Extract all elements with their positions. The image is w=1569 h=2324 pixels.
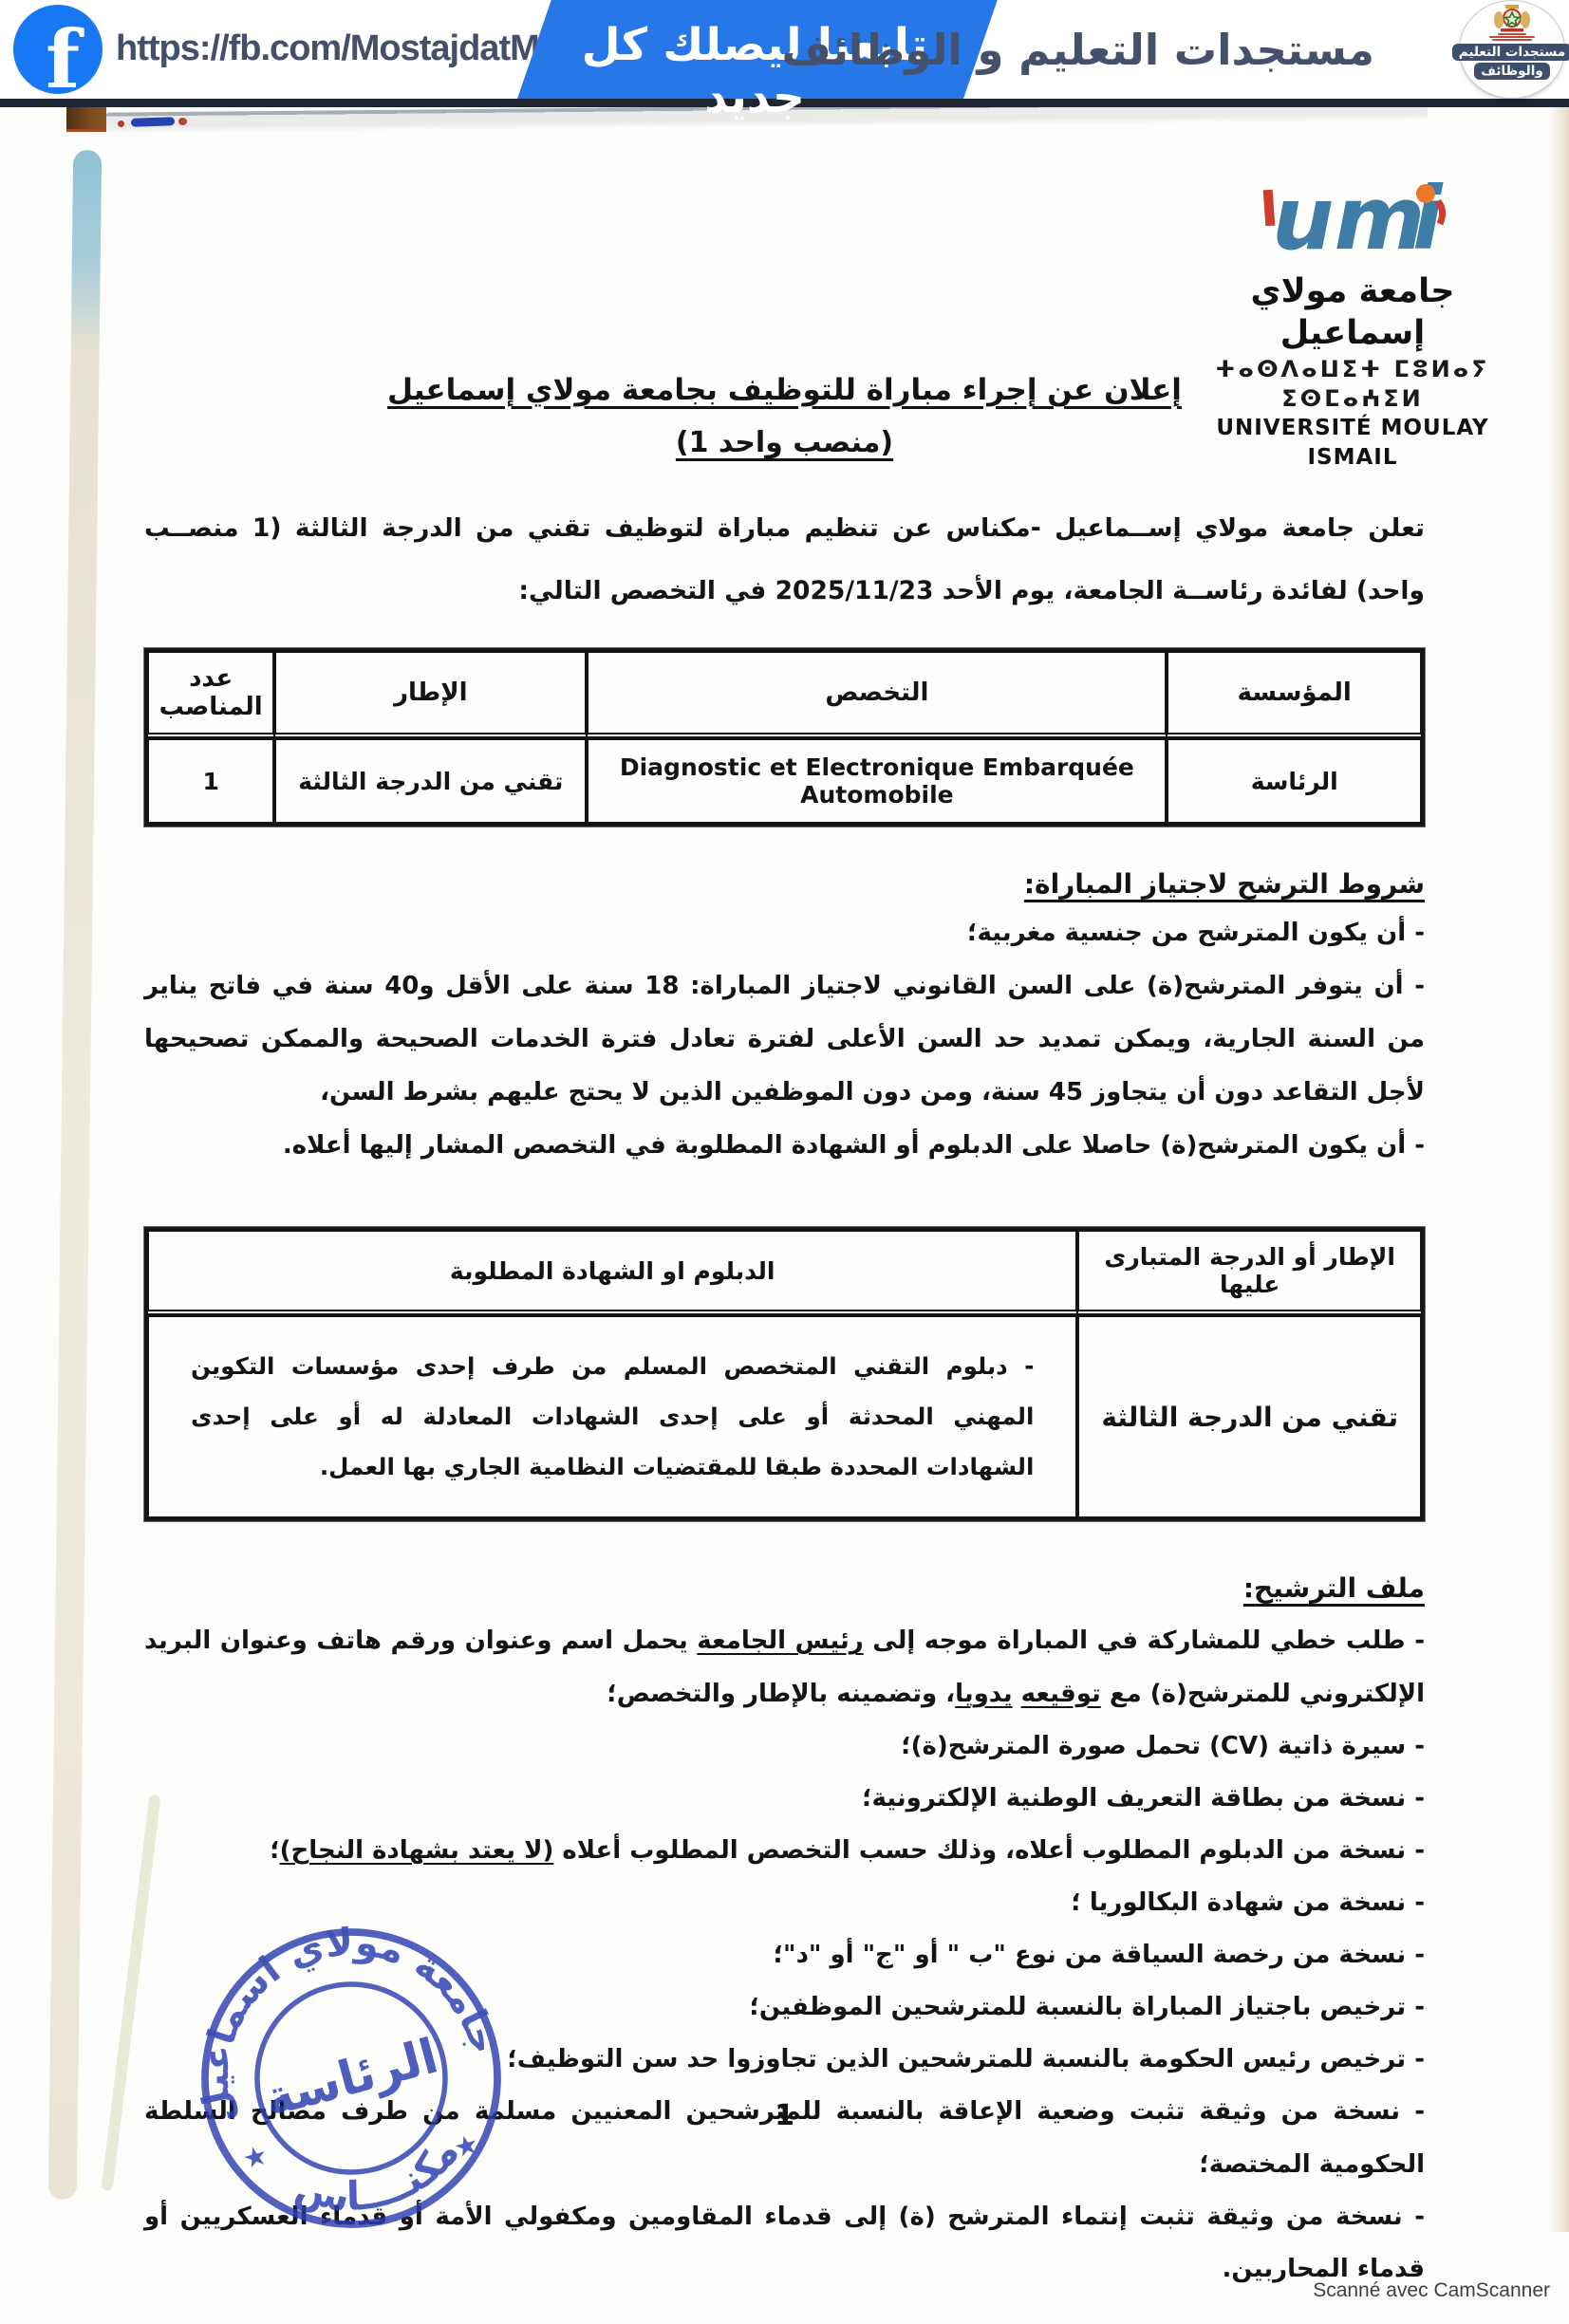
logo-micro-text (1485, 32, 1540, 42)
announcement-title: إعلان عن إجراء مباراة للتوظيف بجامعة مول… (144, 373, 1425, 459)
university-name-arabic: جامعة مولاي إسماعيل (1182, 271, 1523, 355)
diploma-table-row: تقني من الدرجة الثالثة - دبلوم التقني ال… (147, 1315, 1422, 1518)
positions-table: المؤسسة التخصص الإطار عدد المناصب الرئاس… (144, 648, 1425, 827)
conditions-heading: شروط الترشح لاجتياز المباراة: (1024, 868, 1425, 900)
stamp-center-text: الرئاسة (258, 2027, 443, 2128)
page-logo: مستجدات التعليم والوظائف (1460, 1, 1564, 98)
condition-item: - أن يكون المترشح من جنسية مغربية؛ (144, 907, 1425, 960)
file-item: - نسخة من الدبلوم المطلوب أعلاه، وذلك حس… (144, 1825, 1425, 1877)
condition-item: - أن يكون المترشح(ة) حاصلا على الدبلوم أ… (144, 1120, 1425, 1173)
header-grade-contested: الإطار أو الدرجة المتبارى عليها (1077, 1230, 1422, 1315)
cell-specialty: Diagnostic et Electronique Embarquée Aut… (587, 738, 1167, 824)
scan-artifact-left-edge (48, 150, 102, 2200)
scan-artifact-right-edge (1548, 106, 1569, 2232)
positions-table-row: الرئاسة Diagnostic et Electronique Embar… (147, 738, 1422, 824)
file-item: - نسخة من بطاقة التعريف الوطنية الإلكترو… (144, 1773, 1425, 1825)
positions-table-header-row: المؤسسة التخصص الإطار عدد المناصب (147, 651, 1422, 738)
diploma-table-header-row: الإطار أو الدرجة المتبارى عليها الدبلوم … (147, 1230, 1422, 1315)
header-positions-count: عدد المناصب (147, 651, 274, 738)
page-title: مستجدات التعليم و الوظائف (782, 25, 1375, 75)
logo-badge-line1: مستجدات التعليم (1452, 44, 1569, 61)
header-required-diploma: الدبلوم او الشهادة المطلوبة (147, 1230, 1077, 1315)
intro-paragraph: تعلن جامعة مولاي إســماعيل -مكناس عن تنظ… (144, 497, 1425, 623)
cell-institution: الرئاسة (1167, 738, 1422, 824)
application-file-heading: ملف الترشيح: (1243, 1572, 1425, 1604)
title-line2: (منصب واحد 1) (144, 426, 1425, 459)
cell-grade-contested: تقني من الدرجة الثالثة (1077, 1315, 1422, 1518)
scan-artifact-red-dot (118, 121, 124, 127)
header-institution: المؤسسة (1167, 651, 1422, 738)
social-banner: f https://fb.com/MostajdatMaroc تابعنا ل… (0, 0, 1569, 107)
svg-text:um: um (1272, 173, 1425, 268)
condition-item: - أن يتوفر المترشح(ة) على السن القانوني … (144, 960, 1425, 1120)
cell-required-diploma: - دبلوم التقني المتخصص المسلم من طرف إحد… (147, 1315, 1077, 1518)
camscanner-watermark: Scanné avec CamScanner (1313, 2279, 1550, 2302)
header-specialty: التخصص (587, 651, 1167, 738)
cell-positions-count: 1 (147, 738, 274, 824)
facebook-icon: f (13, 5, 103, 94)
title-line1: إعلان عن إجراء مباراة للتوظيف بجامعة مول… (144, 373, 1425, 407)
scan-artifact-red-dot (178, 118, 187, 125)
diploma-table: الإطار أو الدرجة المتبارى عليها الدبلوم … (144, 1227, 1425, 1521)
logo-badge-line2: والوظائف (1474, 63, 1549, 80)
facebook-letter: f (46, 12, 80, 94)
file-item: - طلب خطي للمشاركة في المباراة موجه إلى … (144, 1615, 1425, 1720)
header-grade: الإطار (274, 651, 587, 738)
conditions-list: - أن يكون المترشح من جنسية مغربية؛ - أن … (144, 907, 1425, 1172)
cell-grade: تقني من الدرجة الثالثة (274, 738, 587, 824)
star-icon: ★ (239, 2138, 271, 2175)
umi-logo-icon: um i (1243, 173, 1462, 268)
scan-artifact-blue-mark (131, 117, 175, 127)
morocco-coat-of-arms-icon (1493, 4, 1531, 32)
scan-artifact-brown-paper (66, 103, 106, 132)
file-item: - سيرة ذاتية (CV) تحمل صورة المترشح(ة)؛ (144, 1720, 1425, 1773)
